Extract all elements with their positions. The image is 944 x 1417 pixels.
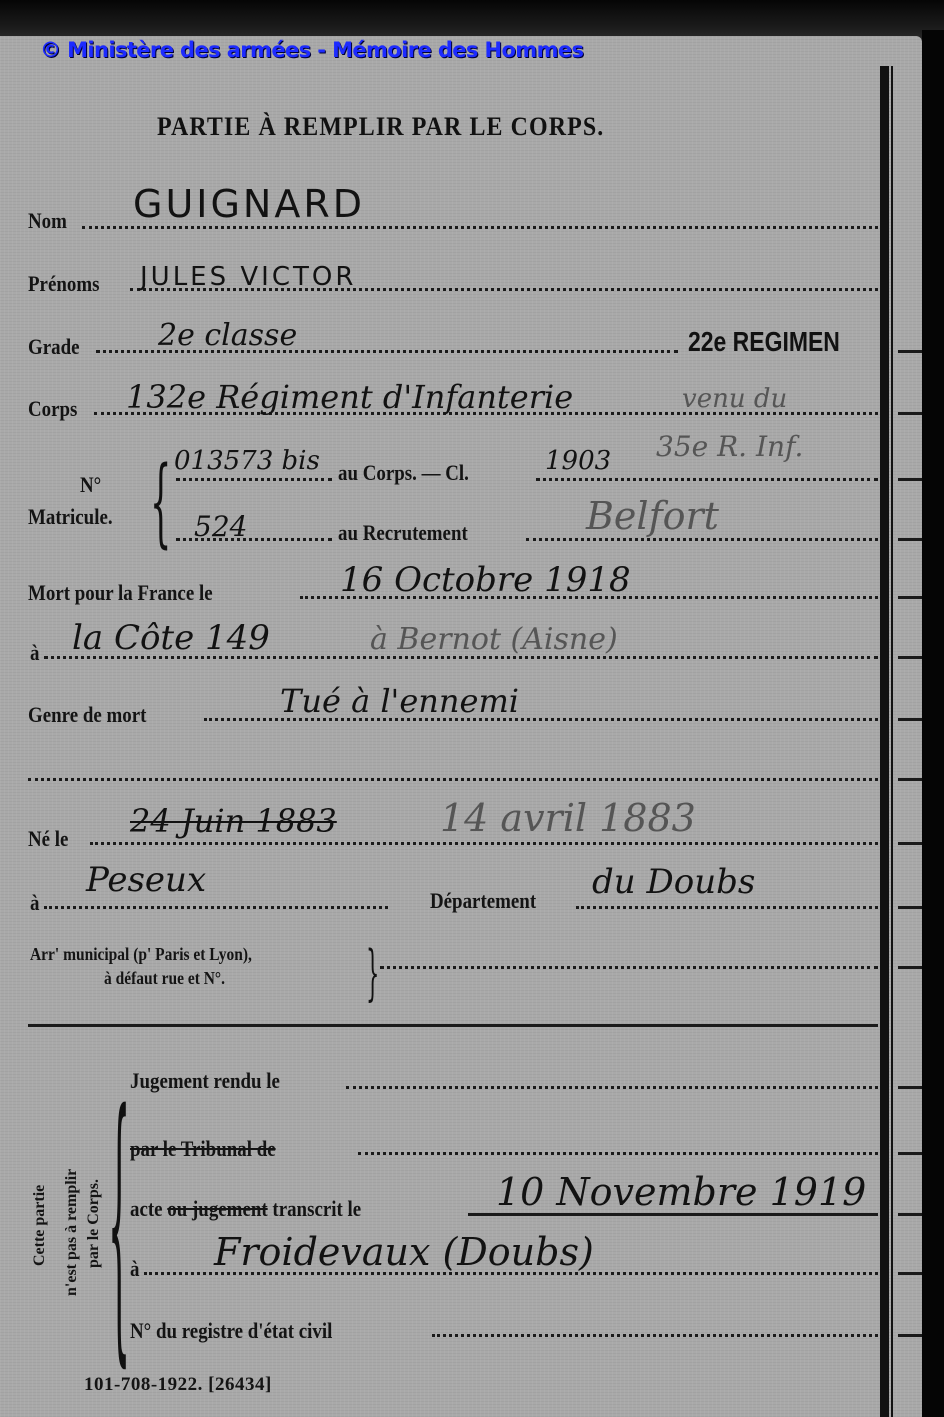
classe-line-edge [898, 478, 922, 481]
grade-line-edge [898, 350, 922, 353]
mort-lieu-label: à [30, 640, 39, 666]
corps-annotation-2: 35e R. Inf. [656, 430, 803, 463]
mort-date-label: Mort pour la France le [28, 580, 213, 606]
regiment-stamp: 22e REGIMEN [688, 326, 840, 358]
nom-line [82, 226, 878, 229]
prenoms-value: JULES VICTOR [140, 262, 356, 292]
mort-date-line-edge [898, 596, 922, 599]
naissance-date-struck: 24 Juin 1883 [130, 802, 337, 840]
nom-value: GUIGNARD [133, 182, 365, 226]
scan-right-border [922, 30, 944, 1417]
departement-label: Département [430, 888, 536, 914]
tribunal-line [358, 1152, 878, 1155]
transcrit-value: 10 Novembre 1919 [496, 1170, 866, 1214]
nom-label: Nom [28, 208, 67, 234]
corps-label: Corps [28, 396, 77, 422]
scan-top-border [0, 0, 944, 40]
tribunal-label: par le Tribunal de [130, 1136, 276, 1162]
recrutement-line [526, 538, 878, 541]
tribunal-line-edge [898, 1152, 922, 1155]
naissance-date-label: Né le [28, 826, 68, 852]
side-note-line-1: Cette partie [30, 1185, 50, 1266]
departement-line-edge [898, 906, 922, 909]
margin-rule-thin [891, 66, 893, 1417]
jugement-rendu-line [346, 1086, 878, 1089]
transcrit-label-suffix: transcrit le [272, 1196, 361, 1221]
genre-mort-label: Genre de mort [28, 702, 146, 728]
corps-line-edge [898, 412, 922, 415]
recrutement-label: au Recrutement [338, 520, 468, 546]
mort-lieu-annotation: à Bernot (Aisne) [370, 622, 618, 657]
matricule-label-no: N° [80, 472, 101, 498]
side-note-line-3: par le Corps. [84, 1179, 104, 1268]
matricule-corps-line [176, 478, 332, 481]
jugement-rendu-label: Jugement rendu le [130, 1068, 280, 1094]
matricule-label: Matricule. [28, 504, 113, 530]
mort-lieu-line-edge [898, 656, 922, 659]
genre-mort-line-edge [898, 718, 922, 721]
blank-line [28, 778, 878, 781]
naissance-date-line [90, 842, 878, 845]
transcrit-label-prefix: acte [130, 1196, 163, 1221]
departement-value: du Doubs [592, 862, 755, 902]
transcription-lieu-label: à [130, 1256, 139, 1282]
corps-annotation: venu du [682, 384, 787, 414]
copyright-watermark: © Ministère des armées - Mémoire des Hom… [40, 38, 583, 62]
section-divider [28, 1024, 878, 1027]
departement-line [576, 906, 878, 909]
card-title: PARTIE À REMPLIR PAR LE CORPS. [157, 112, 604, 142]
recrutement-number-line [176, 538, 332, 541]
naissance-lieu-label: à [30, 890, 39, 916]
matricule-corps-label: au Corps. — Cl. [338, 460, 469, 486]
mort-date-value: 16 Octobre 1918 [340, 560, 631, 600]
registre-line-edge [898, 1334, 922, 1337]
corps-value: 132e Régiment d'Infanterie [126, 378, 573, 416]
grade-label: Grade [28, 334, 80, 360]
recrutement-line-edge [898, 538, 922, 541]
matricule-corps-value: 013573 bis [174, 446, 320, 476]
naissance-lieu-value: Peseux [86, 860, 206, 900]
transcrit-label-struck: ou jugement [167, 1196, 267, 1221]
classe-line [536, 478, 878, 481]
registre-label: N° du registre d'état civil [130, 1318, 332, 1344]
arrondissement-line-edge [898, 966, 922, 969]
transcription-lieu-line-edge [898, 1272, 922, 1275]
recrutement-place: Belfort [586, 494, 719, 538]
arrondissement-line [380, 966, 878, 969]
genre-mort-value: Tué à l'ennemi [280, 682, 519, 720]
naissance-date-value: 14 avril 1883 [440, 796, 696, 840]
blank-line-edge [898, 778, 922, 781]
matricule-brace: { [150, 446, 171, 558]
naissance-date-line-edge [898, 842, 922, 845]
side-note-line-2: n'est pas à remplir [62, 1169, 82, 1296]
registre-line [432, 1334, 878, 1337]
classe-value: 1903 [545, 446, 611, 476]
margin-rule [880, 66, 889, 1417]
jugement-brace: { [108, 1078, 130, 1368]
form-reference: 101-708-1922. [26434] [84, 1374, 272, 1396]
prenoms-label: Prénoms [28, 271, 99, 297]
transcrit-line-edge [898, 1213, 922, 1216]
mort-lieu-value: la Côte 149 [72, 618, 270, 658]
arrondissement-label-2: à défaut rue et N°. [104, 968, 225, 989]
naissance-lieu-line [44, 906, 388, 909]
transcription-lieu-value: Froidevaux (Doubs) [214, 1230, 594, 1274]
grade-value: 2e classe [158, 318, 297, 353]
jugement-rendu-line-edge [898, 1086, 922, 1089]
arrondissement-brace: } [366, 938, 379, 1008]
arrondissement-label-1: Arr' municipal (p' Paris et Lyon), [30, 944, 252, 965]
